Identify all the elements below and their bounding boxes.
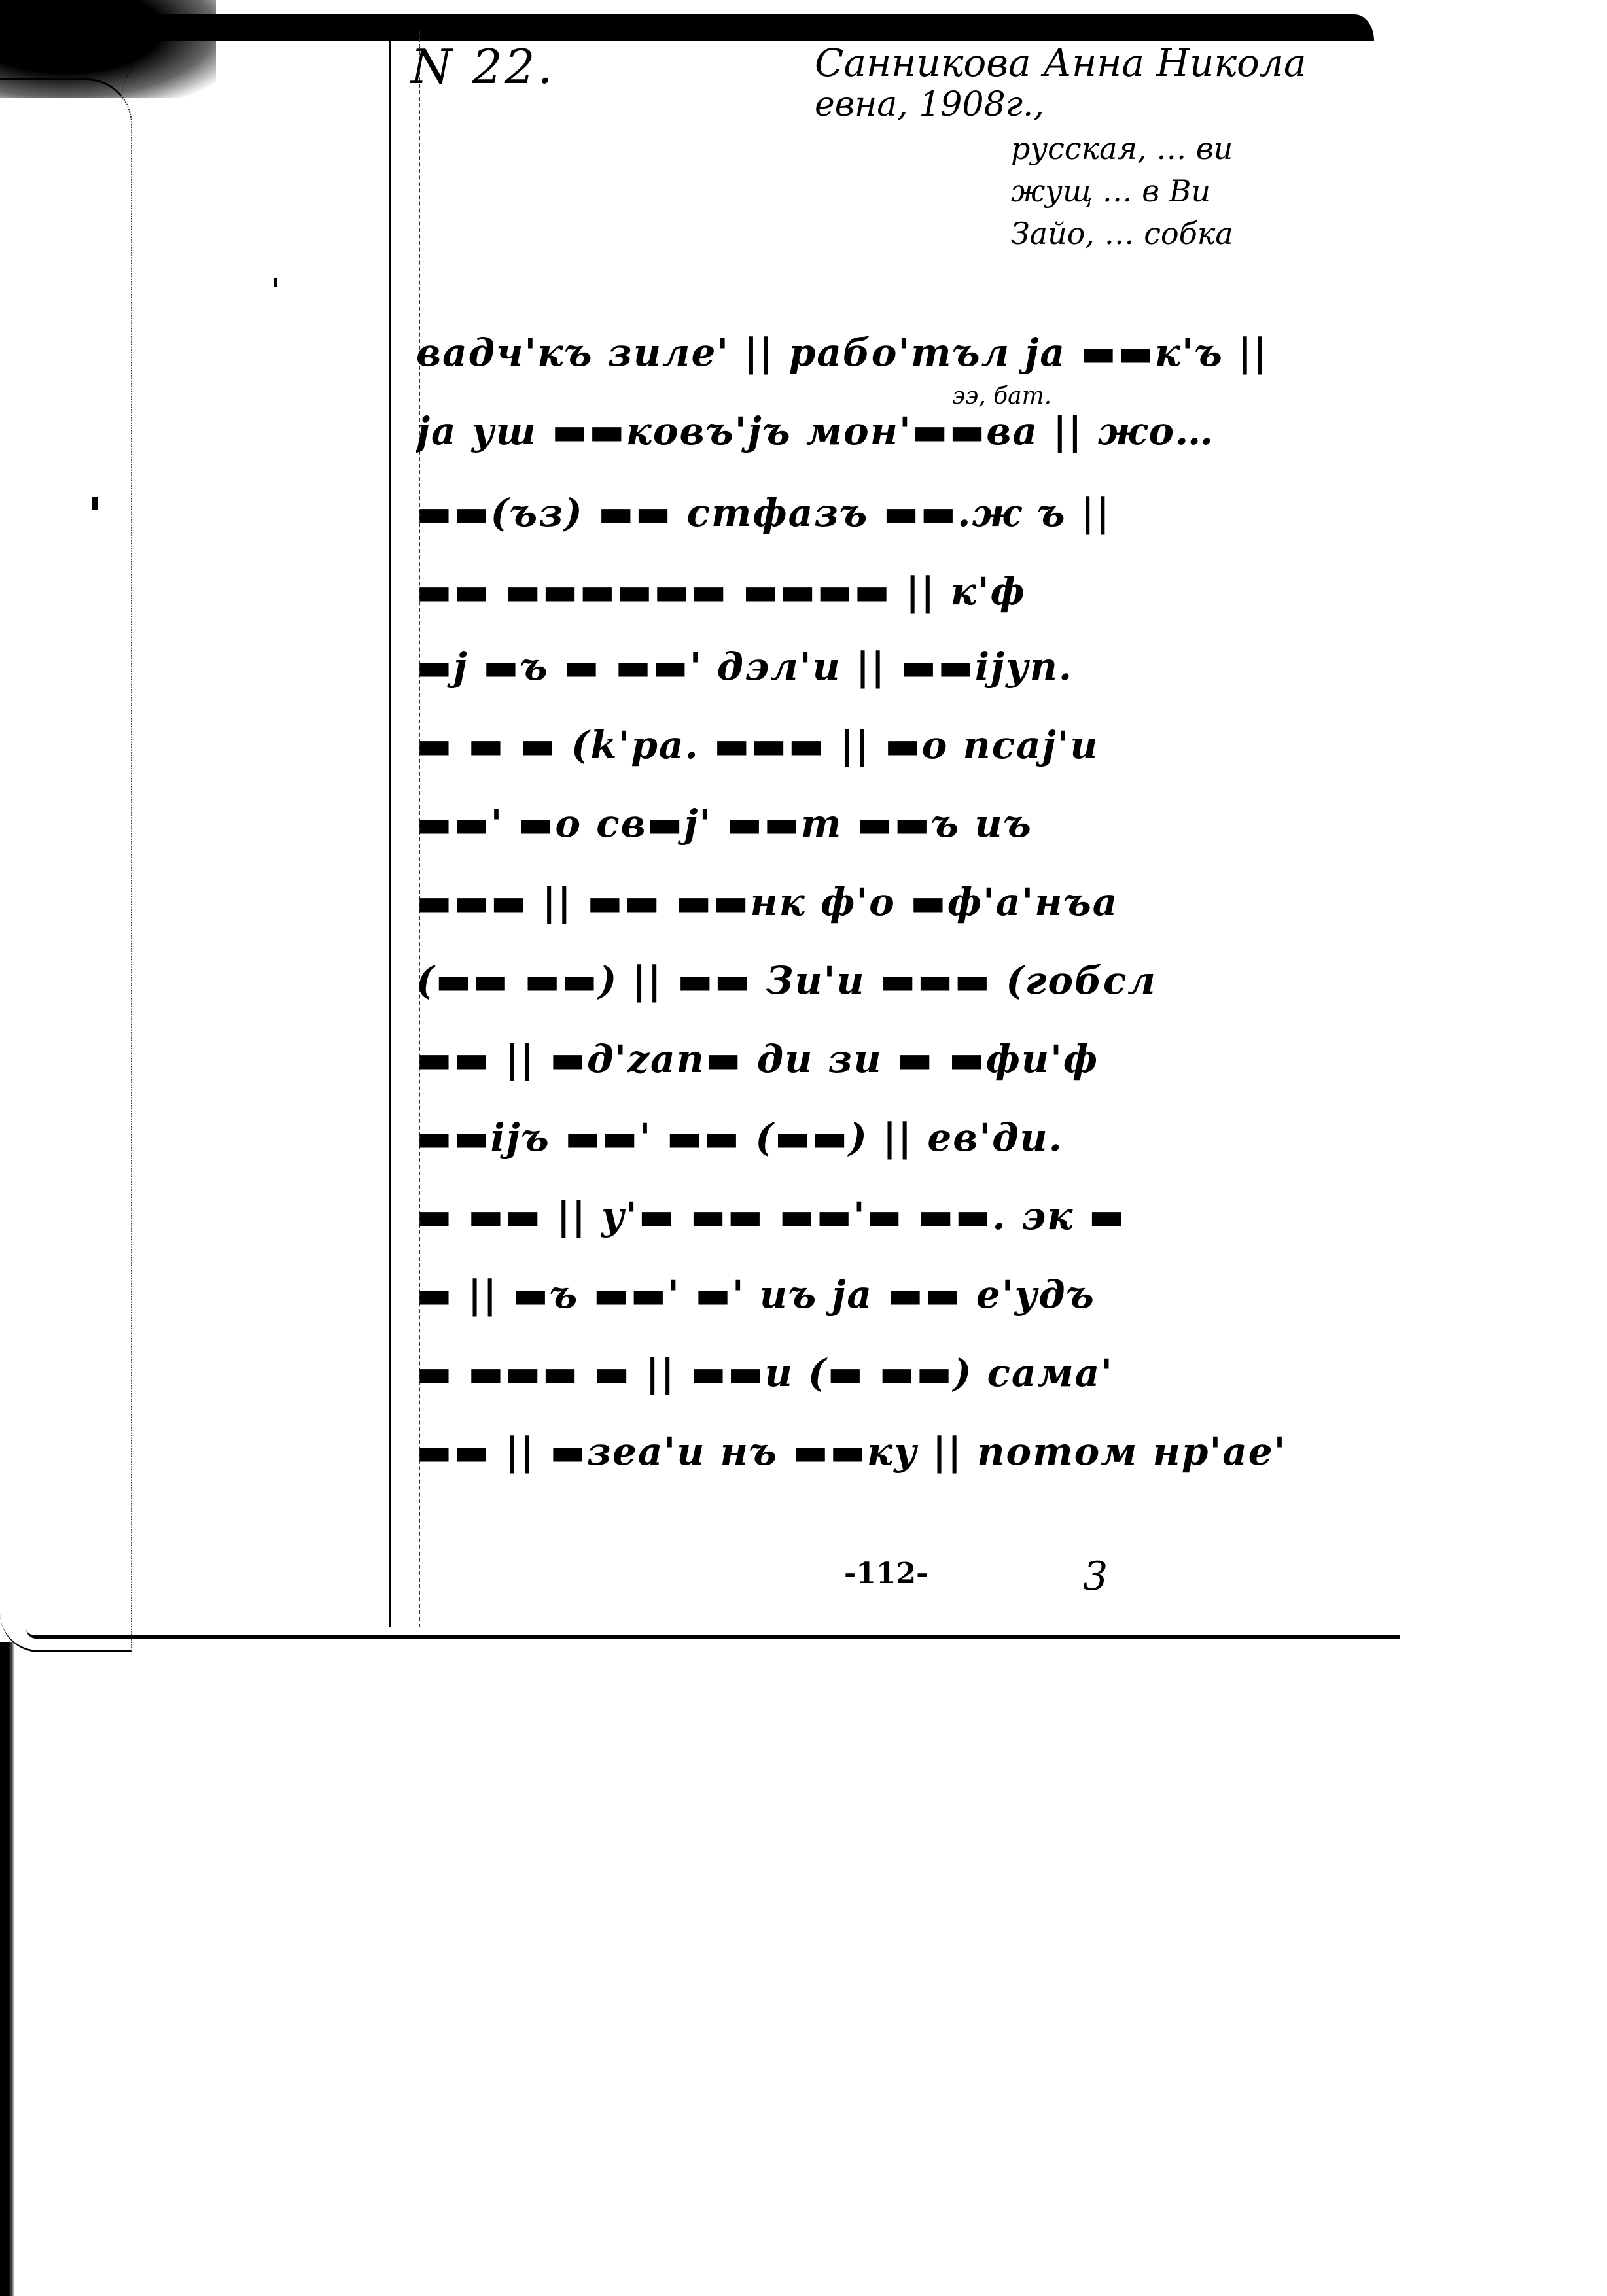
text-line-15: ▬▬ || ▬зеа'и нъ ▬▬ку || потом нр'ае' xyxy=(416,1429,1371,1474)
text-line-2: ja уш ▬▬ковъ'jъ мон'▬▬ва || жо… xyxy=(416,409,1371,453)
margin-rule xyxy=(389,31,391,1627)
text-line-14: ▬ ▬▬▬ ▬ || ▬▬u (▬ ▬▬) сама' xyxy=(416,1351,1371,1395)
informant-name: Санникова Анна Никола xyxy=(815,41,1306,85)
page-number: -112- xyxy=(844,1557,928,1590)
informant-note-3: Зайо, … собка xyxy=(1011,216,1233,251)
ink-speck xyxy=(92,497,98,510)
inner-margin-card xyxy=(121,27,389,1639)
text-line-8: ▬▬▬ || ▬▬ ▬▬нк ф'о ▬ф'а'нъа xyxy=(416,880,1371,924)
bottom-page-edge xyxy=(26,1629,1400,1639)
text-line-13: ▬ || ▬ъ ▬▬' ▬' иъ ja ▬▬ е'удъ xyxy=(416,1272,1371,1317)
text-line-9: (▬▬ ▬▬) || ▬▬ Зи'и ▬▬▬ (гобсл xyxy=(416,958,1371,1003)
informant-note-1: русская, … ви xyxy=(1011,131,1233,166)
previous-page-edge xyxy=(0,78,132,1652)
ink-speck xyxy=(274,278,277,287)
informant-note-2: жущ … в Ви xyxy=(1011,173,1210,209)
text-line-6: ▬ ▬ ▬ (k'ра. ▬▬▬ || ▬о псаj'u xyxy=(416,723,1371,767)
text-line-10: ▬▬ || ▬д'zan▬ ди зи ▬ ▬фи'ф xyxy=(416,1037,1371,1081)
left-binding-strip xyxy=(0,1642,14,2296)
text-line-4: ▬▬ ▬▬▬▬▬▬ ▬▬▬▬ || к'ф xyxy=(416,569,1371,614)
text-line-11: ▬▬ijъ ▬▬' ▬▬ (▬▬) || ев'ди. xyxy=(416,1115,1371,1160)
text-line-1: вадч'къ зиле' || рабо'тъл ja ▬▬к'ъ || xyxy=(416,330,1371,375)
text-line-3: ▬▬(ъз) ▬▬ стфазъ ▬▬.ж ъ || xyxy=(416,491,1371,535)
informant-name-continued: евна, 1908г., xyxy=(815,85,1044,124)
text-line-7: ▬▬' ▬о св▬j' ▬▬т ▬▬ъ иъ xyxy=(416,801,1371,846)
scanned-page: N 22. Санникова Анна Никола евна, 1908г.… xyxy=(0,0,1607,2296)
text-line-5: ▬j ▬ъ ▬ ▬▬' дэл'u || ▬▬ijуп. xyxy=(416,644,1371,689)
margin-mark: 3 xyxy=(1083,1554,1108,1599)
entry-number: N 22. xyxy=(411,39,555,94)
text-line-12: ▬ ▬▬ || у'▬ ▬▬ ▬▬'▬ ▬▬. эк ▬ xyxy=(416,1194,1371,1238)
interlinear-correction: ээ, бат. xyxy=(952,383,1051,409)
